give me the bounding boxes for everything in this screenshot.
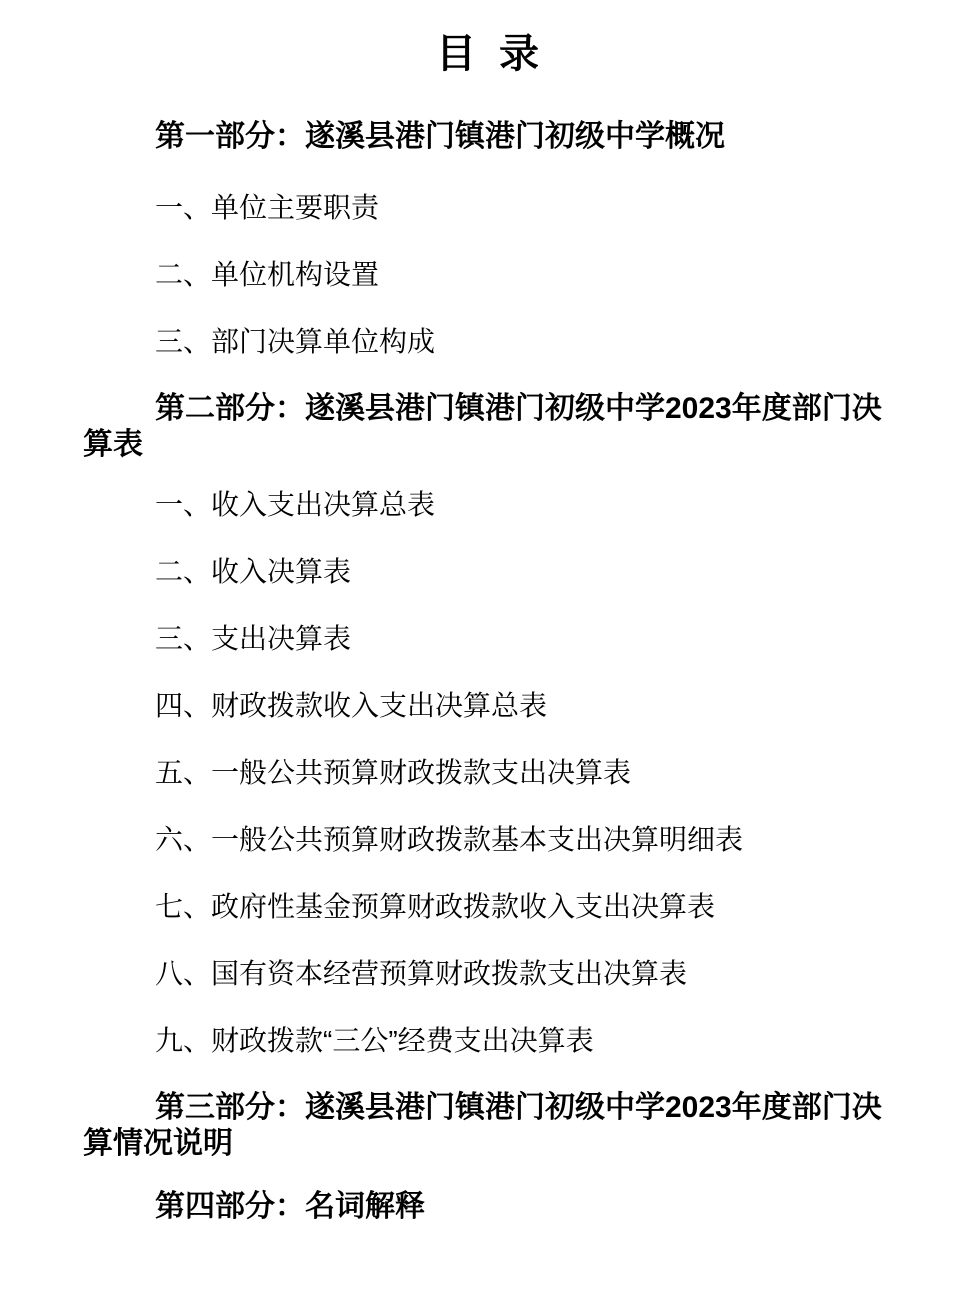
part1-item-2: 二、单位机构设置	[83, 257, 893, 293]
part2-heading-line2: 算表	[83, 428, 143, 461]
part2-item-8: 八、国有资本经营预算财政拨款支出决算表	[83, 956, 893, 992]
part1-item-3: 三、部门决算单位构成	[83, 324, 893, 360]
part2-item-2: 二、收入决算表	[83, 554, 893, 590]
part2-heading: 第二部分：遂溪县港门镇港门初级中学2023年度部门决算表	[83, 391, 893, 463]
part3-heading-line1: 第三部分：遂溪县港门镇港门初级中学2023年度部门决	[155, 1091, 882, 1124]
part2-item-4: 四、财政拨款收入支出决算总表	[83, 688, 893, 724]
part2-item-5: 五、一般公共预算财政拨款支出决算表	[83, 755, 893, 791]
part2-item-3: 三、支出决算表	[83, 621, 893, 657]
part3-heading: 第三部分：遂溪县港门镇港门初级中学2023年度部门决算情况说明	[83, 1090, 893, 1162]
part2-item-6: 六、一般公共预算财政拨款基本支出决算明细表	[83, 822, 893, 858]
part1-heading: 第一部分：遂溪县港门镇港门初级中学概况	[83, 119, 893, 155]
toc-page: 目 录 第一部分：遂溪县港门镇港门初级中学概况 一、单位主要职责 二、单位机构设…	[0, 0, 979, 1313]
part2-item-7: 七、政府性基金预算财政拨款收入支出决算表	[83, 889, 893, 925]
page-title: 目 录	[83, 31, 893, 77]
part4-heading: 第四部分：名词解释	[83, 1189, 893, 1225]
part2-item-9: 九、财政拨款“三公”经费支出决算表	[83, 1023, 893, 1059]
part2-item-1: 一、收入支出决算总表	[83, 487, 893, 523]
part3-heading-line2: 算情况说明	[83, 1127, 233, 1160]
part1-item-1: 一、单位主要职责	[83, 190, 893, 226]
part2-heading-line1: 第二部分：遂溪县港门镇港门初级中学2023年度部门决	[155, 392, 882, 425]
